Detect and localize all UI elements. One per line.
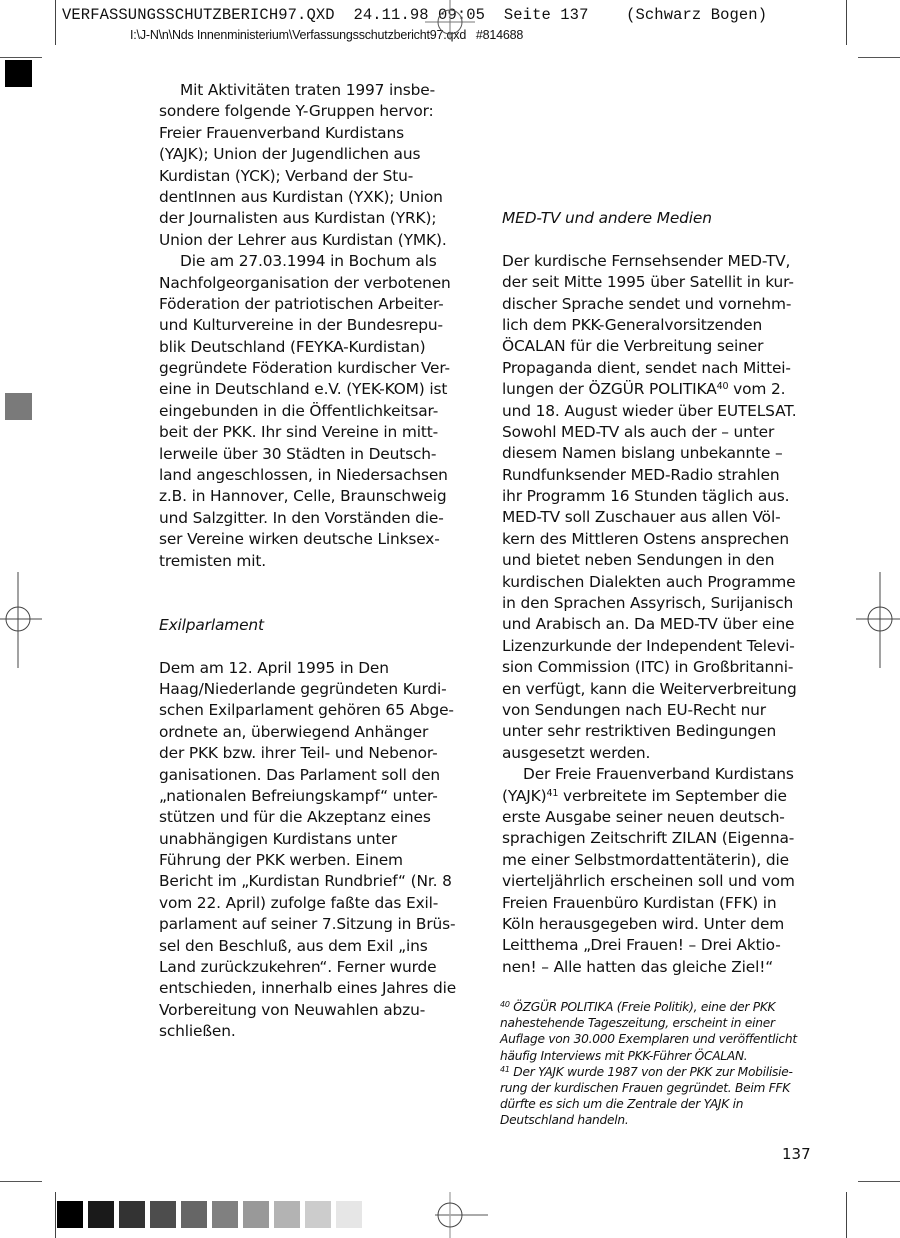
page-number: 137: [782, 1145, 811, 1163]
text-line: ausgesetzt werden.: [502, 743, 812, 764]
text-line: Vorbereitung von Neuwahlen abzu-: [159, 1000, 464, 1021]
gray-swatch: [119, 1201, 145, 1228]
text-line: parlament auf seiner 7.Sitzung in Brüs-: [159, 914, 464, 935]
text-line: eingebunden in die Öffentlichkeitsar-: [159, 401, 464, 422]
text-line: ihr Programm 16 Stunden täglich aus.: [502, 486, 812, 507]
gray-swatch: [57, 1201, 83, 1228]
text-line: schen Exilparlament gehören 65 Abge-: [159, 700, 464, 721]
text-line: vom 22. April) zufolge faßte das Exil-: [159, 893, 464, 914]
print-slug: VERFASSUNGSSCHUTZBERICH97.QXD 24.11.98 0…: [62, 6, 767, 24]
gray-swatch: [88, 1201, 114, 1228]
registration-mark-top-icon: [420, 0, 480, 40]
text-line: der Journalisten aus Kurdistan (YRK);: [159, 208, 464, 229]
crop-mark-bottom-left-horizontal: [0, 1181, 42, 1182]
footnote-40-line: nahestehende Tageszeitung, erscheint in …: [500, 1015, 797, 1031]
text-line: und Kulturvereine in der Bundesrepu-: [159, 315, 464, 336]
text-line: discher Sprache sendet und vornehm-: [502, 294, 812, 315]
text-fragment: verbreitete im September die: [558, 787, 787, 805]
footnote-ref-40[interactable]: 40: [717, 381, 729, 392]
text-line: Freien Frauenbüro Kurdistan (FFK) in: [502, 893, 812, 914]
footnote-40-line: 40 ÖZGÜR POLITIKA (Freie Politik), eine …: [500, 999, 797, 1015]
crop-mark-top-right-vertical: [846, 0, 847, 45]
text-line: dentInnen aus Kurdistan (YXK); Union: [159, 187, 464, 208]
section-heading-exilparlament: Exilparlament: [159, 615, 464, 636]
text-line: unter sehr restriktiven Bedingungen: [502, 721, 812, 742]
text-line: Lizenzurkunde der Independent Televi-: [502, 636, 812, 657]
text-line: Sowohl MED-TV als auch der – unter: [502, 422, 812, 443]
footnote-41-line: dürfte es sich um die Zentrale der YAJK …: [500, 1096, 797, 1112]
text-fragment: lungen der ÖZGÜR POLITIKA: [502, 380, 717, 398]
gray-swatch: [305, 1201, 331, 1228]
gray-swatch: [181, 1201, 207, 1228]
text-line: Freier Frauenverband Kurdistans: [159, 123, 464, 144]
left-column: Mit Aktivitäten traten 1997 insbe- sonde…: [159, 80, 464, 1043]
text-line: Bericht im „Kurdistan Rundbrief“ (Nr. 8: [159, 871, 464, 892]
footnote-40-line: Auflage von 30.000 Exemplaren und veröff…: [500, 1031, 797, 1047]
text-line: (YAJK); Union der Jugendlichen aus: [159, 144, 464, 165]
text-line: der seit Mitte 1995 über Satellit in kur…: [502, 272, 812, 293]
text-line: erste Ausgabe seiner neuen deutsch-: [502, 807, 812, 828]
text-fragment: Der YAJK wurde 1987 von der PKK zur Mobi…: [510, 1065, 793, 1079]
text-line: ÖCALAN für die Verbreitung seiner: [502, 336, 812, 357]
text-line: me einer Selbstmordattentäterin), die: [502, 850, 812, 871]
crop-mark-bottom-right-horizontal: [858, 1181, 900, 1182]
text-line: lerweile über 30 Städten in Deutsch-: [159, 444, 464, 465]
text-line: eine in Deutschland e.V. (YEK-KOM) ist: [159, 379, 464, 400]
text-line: Mit Aktivitäten traten 1997 insbe-: [159, 80, 464, 101]
text-line-with-footnote: (YAJK)41 verbreitete im September die: [502, 786, 812, 807]
grayscale-calibration-strip: [57, 1201, 362, 1228]
text-line: schließen.: [159, 1021, 464, 1042]
text-line: Führung der PKK werben. Einem: [159, 850, 464, 871]
crop-mark-top-right-horizontal: [858, 57, 900, 58]
text-fragment: vom 2.: [728, 380, 785, 398]
text-line: Haag/Niederlande gegründeten Kurdi-: [159, 679, 464, 700]
registration-mark-left-icon: [0, 572, 44, 668]
text-line: sion Commission (ITC) in Großbritanni-: [502, 657, 812, 678]
crop-mark-bottom-left-vertical: [55, 1192, 56, 1238]
text-line: unabhängigen Kurdistans unter: [159, 829, 464, 850]
text-line: ordnete an, überwiegend Anhänger: [159, 722, 464, 743]
text-line: gegründete Föderation kurdischer Ver-: [159, 358, 464, 379]
footnote-41-line: Deutschland handeln.: [500, 1112, 797, 1128]
text-line: diesem Namen bislang unbekannte –: [502, 443, 812, 464]
text-line: Propaganda dient, sendet nach Mittei-: [502, 358, 812, 379]
text-fragment: (YAJK): [502, 787, 546, 805]
registration-mark-right-icon: [856, 572, 900, 668]
text-line: Föderation der patriotischen Arbeiter-: [159, 294, 464, 315]
text-line: und Salzgitter. In den Vorständen die-: [159, 508, 464, 529]
text-line: Der Freie Frauenverband Kurdistans: [502, 764, 812, 785]
gray-swatch: [212, 1201, 238, 1228]
text-line: kurdischen Dialekten auch Programme: [502, 572, 812, 593]
text-line: von Sendungen nach EU-Recht nur: [502, 700, 812, 721]
text-line: nen! – Alle hatten das gleiche Ziel!“: [502, 957, 812, 978]
text-line: Die am 27.03.1994 in Bochum als: [159, 251, 464, 272]
text-line: Land zurückzukehren“. Ferner wurde: [159, 957, 464, 978]
text-line: Rundfunksender MED-Radio strahlen: [502, 465, 812, 486]
text-line: en verfügt, kann die Weiterverbreitung: [502, 679, 812, 700]
footnotes: 40 ÖZGÜR POLITIKA (Freie Politik), eine …: [500, 999, 797, 1129]
text-line: und Arabisch an. Da MED-TV über eine: [502, 614, 812, 635]
text-fragment: ÖZGÜR POLITIKA (Freie Politik), eine der…: [510, 1000, 776, 1014]
text-line: Nachfolgeorganisation der verbotenen: [159, 273, 464, 294]
gray-swatch: [336, 1201, 362, 1228]
text-line: und bietet neben Sendungen in den: [502, 550, 812, 571]
thumb-tab-gray: [5, 393, 32, 420]
text-line: der PKK bzw. ihrer Teil- und Nebenor-: [159, 743, 464, 764]
text-line: Dem am 12. April 1995 in Den: [159, 658, 464, 679]
section-heading-med-tv: MED-TV und andere Medien: [502, 208, 812, 229]
text-line: und 18. August wieder über EUTELSAT.: [502, 401, 812, 422]
gray-swatch: [243, 1201, 269, 1228]
gray-swatch: [150, 1201, 176, 1228]
text-line: Union der Lehrer aus Kurdistan (YMK).: [159, 230, 464, 251]
text-line: lich dem PKK-Generalvorsitzenden: [502, 315, 812, 336]
text-line: land angeschlossen, in Niedersachsen: [159, 465, 464, 486]
text-line: Leitthema „Drei Frauen! – Drei Aktio-: [502, 935, 812, 956]
text-line: sel den Beschluß, aus dem Exil „ins: [159, 936, 464, 957]
text-line: MED-TV soll Zuschauer aus allen Völ-: [502, 507, 812, 528]
footnote-41-line: rung der kurdischen Frauen gegründet. Be…: [500, 1080, 797, 1096]
footnote-number: 40: [500, 1000, 510, 1009]
text-line: sprachigen Zeitschrift ZILAN (Eigenna-: [502, 828, 812, 849]
crop-mark-top-left-horizontal: [0, 57, 42, 58]
registration-mark-bottom-icon: [400, 1192, 500, 1238]
crop-mark-top-left-vertical: [55, 0, 56, 45]
text-line: in den Sprachen Assyrisch, Surijanisch: [502, 593, 812, 614]
text-line: Der kurdische Fernsehsender MED-TV,: [502, 251, 812, 272]
text-line: blik Deutschland (FEYKA-Kurdistan): [159, 337, 464, 358]
crop-mark-bottom-right-vertical: [846, 1192, 847, 1238]
text-line: Kurdistan (YCK); Verband der Stu-: [159, 166, 464, 187]
text-line: kern des Mittleren Ostens ansprechen: [502, 529, 812, 550]
footnote-ref-41[interactable]: 41: [546, 788, 558, 799]
thumb-tab-black: [5, 60, 32, 87]
text-line: ser Vereine wirken deutsche Linksex-: [159, 529, 464, 550]
footnote-41-line: 41 Der YAJK wurde 1987 von der PKK zur M…: [500, 1064, 797, 1080]
text-line-with-footnote: lungen der ÖZGÜR POLITIKA40 vom 2.: [502, 379, 812, 400]
text-line: ganisationen. Das Parlament soll den: [159, 765, 464, 786]
footnote-40-line: häufig Interviews mit PKK-Führer ÖCALAN.: [500, 1048, 797, 1064]
text-line: z.B. in Hannover, Celle, Braunschweig: [159, 486, 464, 507]
text-line: beit der PKK. Ihr sind Vereine in mitt-: [159, 422, 464, 443]
text-line: Köln herausgegeben wird. Unter dem: [502, 914, 812, 935]
text-line: entschieden, innerhalb eines Jahres die: [159, 978, 464, 999]
text-line: stützen und für die Akzeptanz eines: [159, 807, 464, 828]
text-line: tremisten mit.: [159, 551, 464, 572]
right-column: MED-TV und andere Medien Der kurdische F…: [502, 208, 812, 978]
text-line: vierteljährlich erscheinen soll und vom: [502, 871, 812, 892]
footnote-number: 41: [500, 1065, 510, 1074]
gray-swatch: [274, 1201, 300, 1228]
text-line: sondere folgende Y-Gruppen hervor:: [159, 101, 464, 122]
text-line: „nationalen Befreiungskampf“ unter-: [159, 786, 464, 807]
